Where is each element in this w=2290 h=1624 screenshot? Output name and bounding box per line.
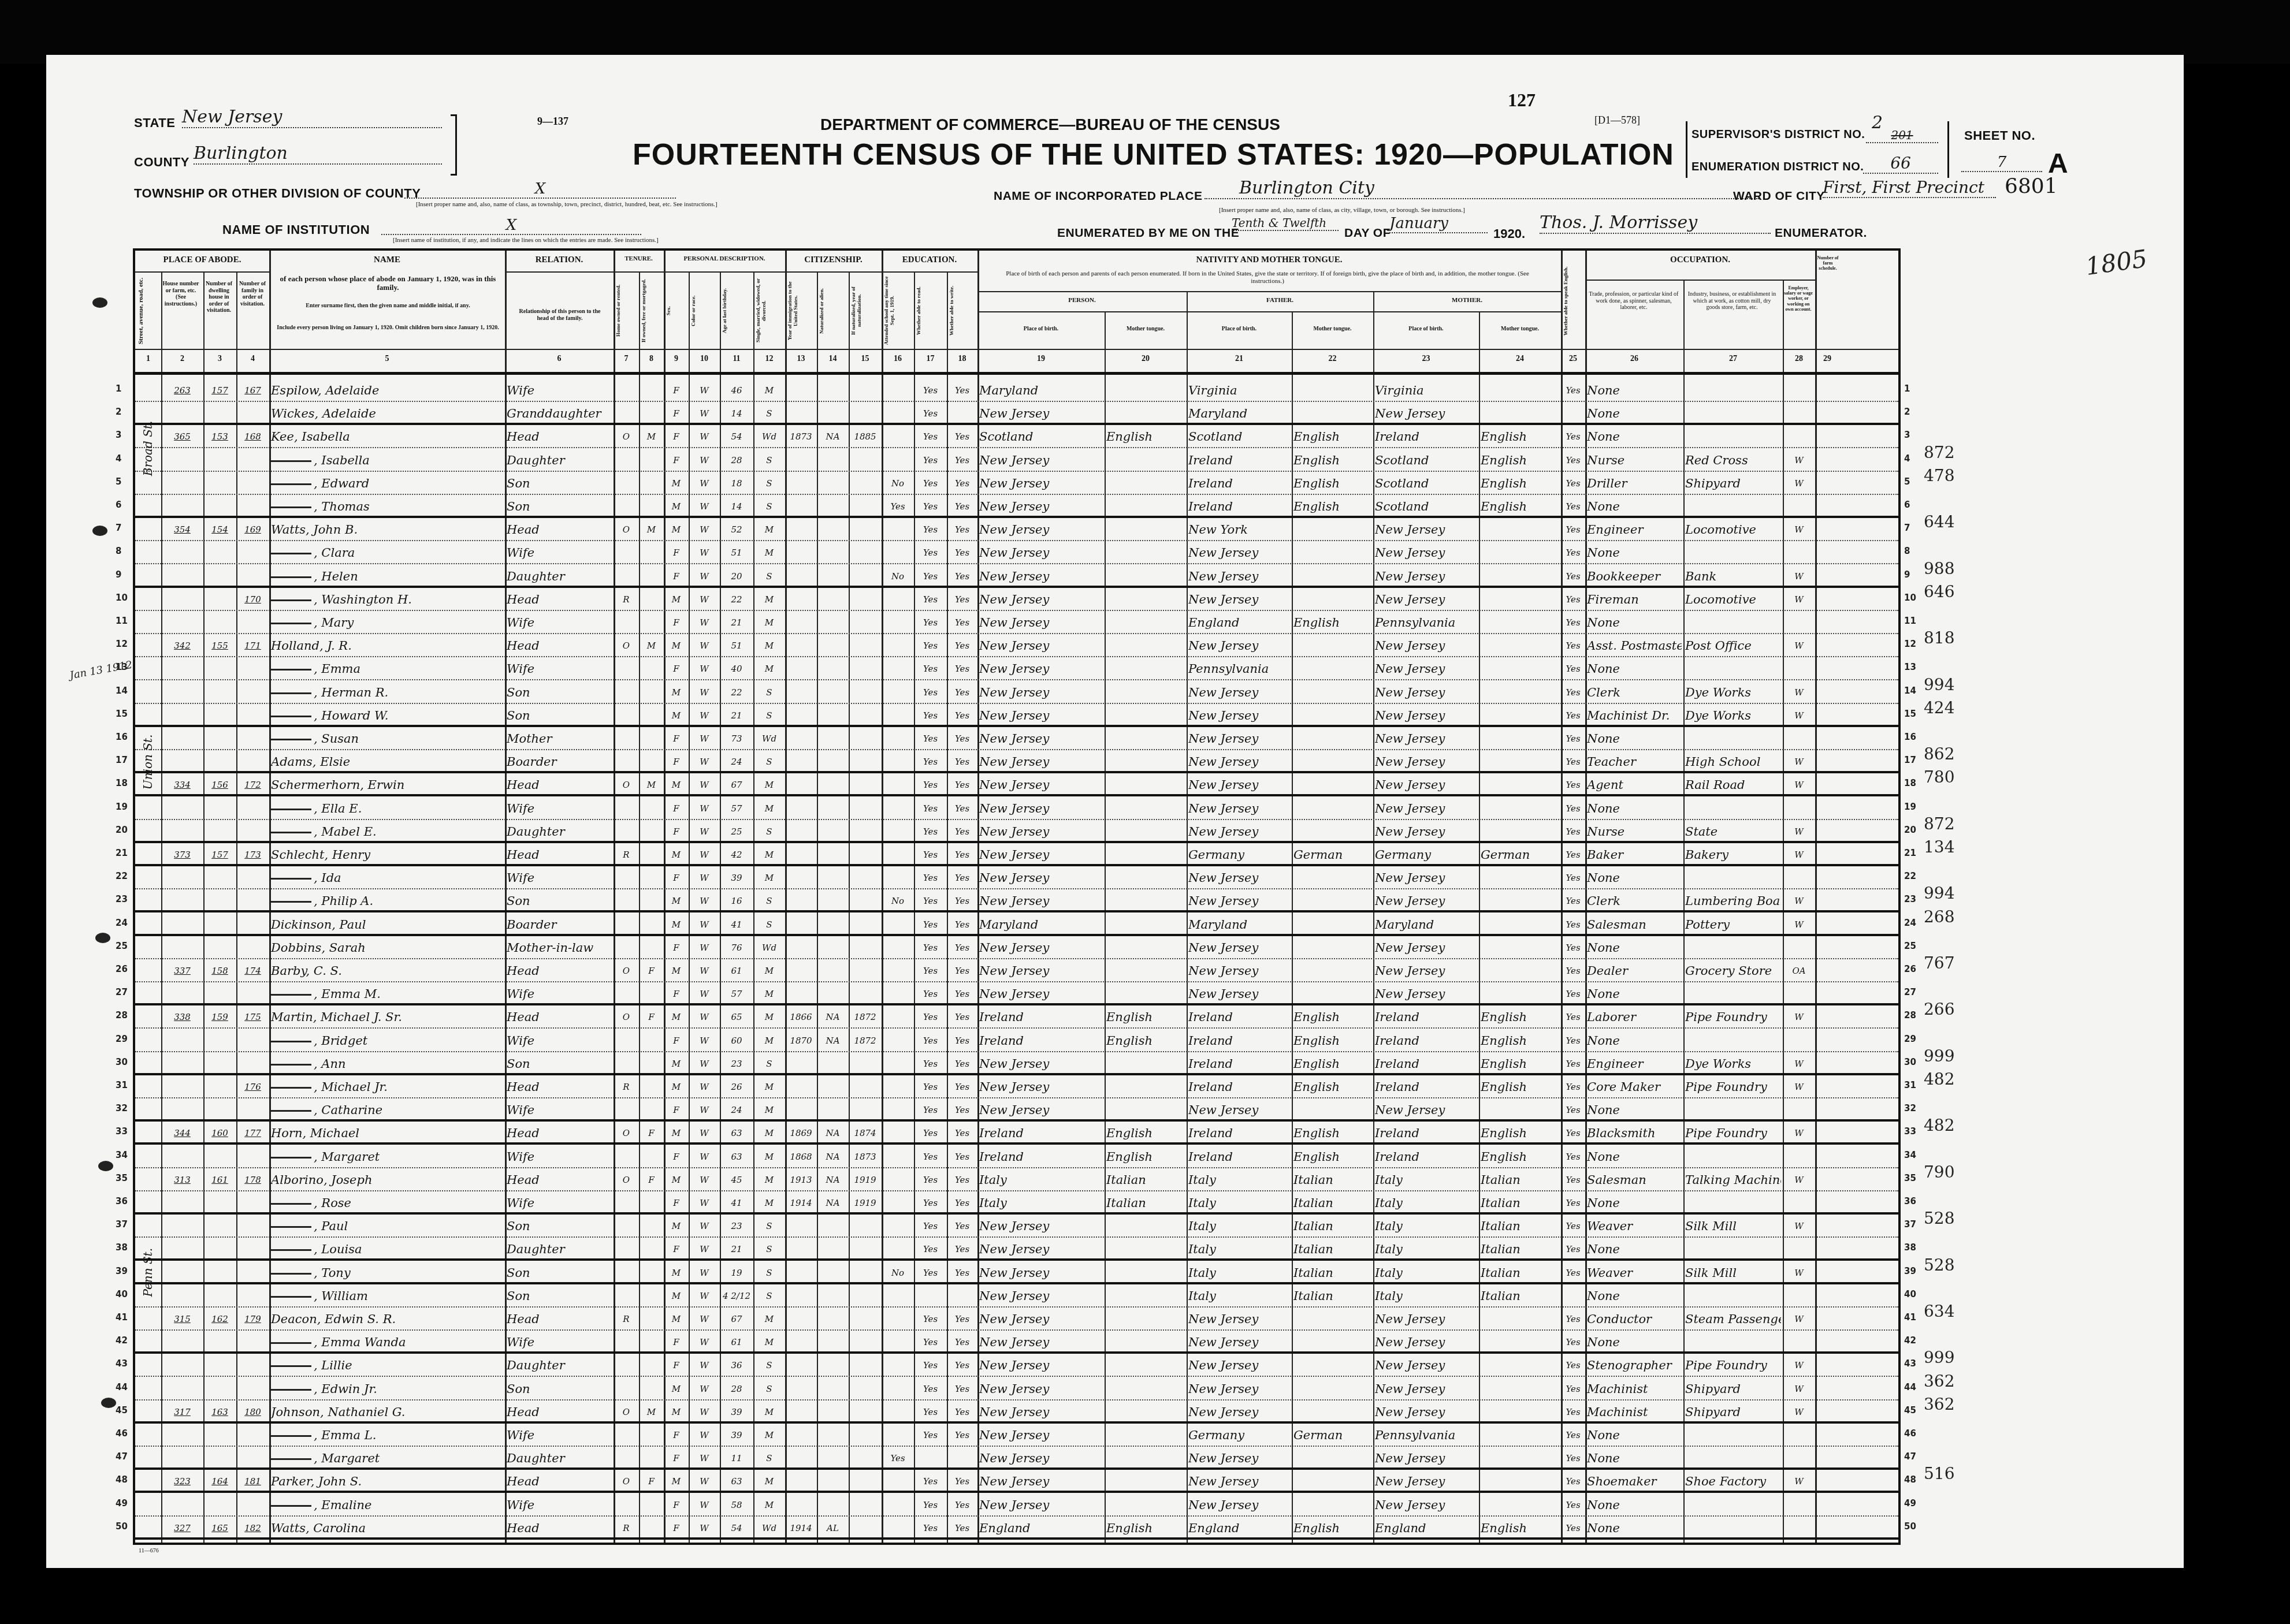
cell-school: Yes <box>883 1447 912 1469</box>
cell-farm <box>1817 727 1838 749</box>
cell-sex: M <box>666 913 687 935</box>
cell-ftongue <box>1293 402 1371 424</box>
cell-fpob: Italy <box>1188 1215 1290 1236</box>
cell-nat <box>819 913 847 935</box>
cell-imm <box>787 449 815 471</box>
census-row: , ThomasSonMW14SYesYesYesNew JerseyIrela… <box>135 495 1898 518</box>
cell-sex: M <box>666 1168 687 1190</box>
cell-family <box>238 936 267 958</box>
cell-farm <box>1817 565 1838 587</box>
census-row: , Howard W.SonMW21SYesYesNew JerseyNew J… <box>135 704 1898 727</box>
line-number: 26 <box>1904 964 1916 974</box>
occupation-code: 994 <box>1924 675 1954 694</box>
cell-pob: New Jersey <box>979 402 1103 424</box>
cell-house <box>163 588 202 610</box>
cell-race: W <box>690 797 718 819</box>
line-number: 4 <box>116 453 121 464</box>
cell-write: Yes <box>949 1075 976 1097</box>
cell-name: , Michael Jr. <box>271 1075 503 1097</box>
cell-tongue <box>1106 1098 1185 1120</box>
line-number: 32 <box>116 1103 128 1113</box>
cell-race: W <box>690 1354 718 1376</box>
ditto-dash <box>271 739 311 740</box>
cell-rel: Head <box>507 959 612 981</box>
cell-own <box>615 657 637 679</box>
cell-mpob: Italy <box>1375 1261 1477 1283</box>
ditto-dash <box>271 506 311 508</box>
cell-trade: Weaver <box>1587 1261 1682 1283</box>
cell-name: Espilow, Adelaide <box>271 379 503 401</box>
cell-emp: OA <box>1785 959 1813 981</box>
cell-family <box>238 681 267 703</box>
cell-pob: New Jersey <box>979 936 1103 958</box>
cell-nat <box>819 820 847 842</box>
cell-eng: Yes <box>1563 1191 1583 1213</box>
county-label: COUNTY <box>134 155 189 170</box>
cell-dwelling <box>205 495 235 517</box>
cell-mtongue: English <box>1481 425 1559 447</box>
cell-own <box>615 495 637 517</box>
census-row: , EmalineWifeFW58MYesYesNew JerseyNew Je… <box>135 1493 1898 1517</box>
cell-sex: F <box>666 379 687 401</box>
cell-rel: Head <box>507 1400 612 1422</box>
cell-school <box>883 1308 912 1329</box>
cell-natyr <box>850 797 880 819</box>
cell-own <box>615 449 637 471</box>
cell-pob: New Jersey <box>979 1400 1103 1422</box>
cell-free <box>641 1029 662 1051</box>
cell-rel: Wife <box>507 1191 612 1213</box>
cell-natyr <box>850 402 880 424</box>
cell-farm <box>1817 1238 1838 1260</box>
cell-eng: Yes <box>1563 1261 1583 1283</box>
cell-natyr <box>850 750 880 772</box>
cell-school <box>883 611 912 633</box>
cell-school <box>883 1284 912 1306</box>
cell-rel: Head <box>507 1308 612 1329</box>
cell-read: Yes <box>916 1308 945 1329</box>
cell-own <box>615 681 637 703</box>
cell-natyr <box>850 1400 880 1422</box>
col5-header: of each person whose place of abode on J… <box>277 275 499 292</box>
cell-emp: W <box>1785 1005 1813 1027</box>
line-number: 46 <box>1904 1428 1916 1439</box>
line-number: 38 <box>1904 1242 1916 1253</box>
cell-industry: Pipe Foundry <box>1685 1005 1781 1027</box>
cell-own <box>615 1029 637 1051</box>
cell-eng: Yes <box>1563 565 1583 587</box>
cell-nat <box>819 727 847 749</box>
cell-natyr <box>850 1261 880 1283</box>
cell-free <box>641 1331 662 1353</box>
column-number: 11 <box>720 355 753 364</box>
cell-rel: Wife <box>507 1424 612 1446</box>
cell-free <box>641 449 662 471</box>
cell-trade: Clerk <box>1587 889 1682 911</box>
cell-read: Yes <box>916 913 945 935</box>
col11-header: Age at last birthday. <box>722 275 751 347</box>
cell-race: W <box>690 1424 718 1446</box>
cell-ftongue <box>1293 379 1371 401</box>
cell-mpob: Scotland <box>1375 495 1477 517</box>
cell-dwelling: 165 <box>205 1517 235 1539</box>
col7-header: Home owned or rented. <box>616 275 637 347</box>
cell-pob: New Jersey <box>979 541 1103 563</box>
cell-dwelling: 157 <box>205 379 235 401</box>
cell-trade: Weaver <box>1587 1215 1682 1236</box>
line-number: 44 <box>116 1382 128 1392</box>
cell-house <box>163 866 202 888</box>
cell-sex: F <box>666 611 687 633</box>
cell-sex: F <box>666 425 687 447</box>
cell-ms: S <box>755 1215 783 1236</box>
cell-ftongue <box>1293 1308 1371 1329</box>
cell-industry: Grocery Store <box>1685 959 1781 981</box>
cell-family: 167 <box>238 379 267 401</box>
cell-free <box>641 1261 662 1283</box>
cell-eng: Yes <box>1563 1005 1583 1027</box>
cell-mtongue <box>1481 681 1559 703</box>
cell-ms: M <box>755 541 783 563</box>
census-row: Dickinson, PaulBoarderMW41SYesYesMarylan… <box>135 913 1898 936</box>
cell-own <box>615 1052 637 1074</box>
cell-own <box>615 1261 637 1283</box>
cell-sex: M <box>666 1470 687 1492</box>
cell-tongue: English <box>1106 1145 1185 1167</box>
line-number: 38 <box>116 1242 128 1253</box>
cell-eng: Yes <box>1563 1517 1583 1539</box>
cell-farm <box>1817 472 1838 494</box>
cell-mpob: Italy <box>1375 1238 1477 1260</box>
cell-trade: None <box>1587 425 1682 447</box>
cell-house <box>163 402 202 424</box>
cell-pob: New Jersey <box>979 843 1103 865</box>
line-number: 35 <box>1904 1173 1916 1183</box>
cell-rel: Head <box>507 1168 612 1190</box>
cell-ftongue: Italian <box>1293 1215 1371 1236</box>
cell-age: 42 <box>722 843 752 865</box>
cell-farm <box>1817 1261 1838 1283</box>
cell-free: F <box>641 1168 662 1190</box>
cell-tongue <box>1106 797 1185 819</box>
cell-nat <box>819 773 847 795</box>
cell-read: Yes <box>916 1493 945 1515</box>
cell-name: Holland, J. R. <box>271 634 503 656</box>
cell-age: 54 <box>722 1517 752 1539</box>
ditto-dash <box>271 1273 311 1275</box>
cell-school <box>883 727 912 749</box>
cell-name: Deacon, Edwin S. R. <box>271 1308 503 1329</box>
cell-sex: M <box>666 1261 687 1283</box>
census-row: , IsabellaDaughterFW28SYesYesNew JerseyI… <box>135 449 1898 472</box>
cell-nat <box>819 495 847 517</box>
cell-industry <box>1685 1493 1781 1515</box>
cell-ms: S <box>755 1261 783 1283</box>
cell-pob: New Jersey <box>979 495 1103 517</box>
cell-industry <box>1685 402 1781 424</box>
cell-sex: F <box>666 1517 687 1539</box>
cell-ms: M <box>755 843 783 865</box>
cell-free <box>641 1308 662 1329</box>
cell-emp <box>1785 657 1813 679</box>
township-hint: [Insert proper name and, also, name of c… <box>416 201 718 208</box>
line-number: 42 <box>116 1335 128 1346</box>
cell-name: , Clara <box>271 541 503 563</box>
cell-write: Yes <box>949 704 976 726</box>
cell-mpob: New Jersey <box>1375 889 1477 911</box>
cell-dwelling <box>205 1029 235 1051</box>
cell-mtongue <box>1481 379 1559 401</box>
cell-race: W <box>690 1052 718 1074</box>
cell-tongue <box>1106 1331 1185 1353</box>
cell-mpob: New Jersey <box>1375 750 1477 772</box>
cell-imm <box>787 982 815 1004</box>
ditto-dash <box>271 1296 311 1298</box>
cell-house: 365 <box>163 425 202 447</box>
cell-read: Yes <box>916 820 945 842</box>
cell-sex: F <box>666 1191 687 1213</box>
cell-own <box>615 820 637 842</box>
cell-ftongue: English <box>1293 611 1371 633</box>
cell-dwelling <box>205 820 235 842</box>
column-number: 29 <box>1815 355 1839 364</box>
column-number: 14 <box>817 355 849 364</box>
cell-own <box>615 727 637 749</box>
cell-family <box>238 1377 267 1399</box>
cell-family <box>238 704 267 726</box>
cell-natyr <box>850 1284 880 1306</box>
cell-rel: Head <box>507 1517 612 1539</box>
line-number: 23 <box>1904 894 1916 904</box>
cell-natyr <box>850 1354 880 1376</box>
cell-eng: Yes <box>1563 936 1583 958</box>
cell-trade: None <box>1587 1029 1682 1051</box>
cell-pob: England <box>979 1517 1103 1539</box>
cell-sex: F <box>666 936 687 958</box>
cell-emp <box>1785 727 1813 749</box>
cell-farm <box>1817 379 1838 401</box>
cell-tongue <box>1106 1075 1185 1097</box>
cell-trade: None <box>1587 657 1682 679</box>
cell-house: 342 <box>163 634 202 656</box>
cell-eng: Yes <box>1563 588 1583 610</box>
cell-natyr <box>850 866 880 888</box>
cell-house <box>163 1075 202 1097</box>
cell-farm <box>1817 704 1838 726</box>
line-number: 4 <box>1904 453 1910 464</box>
cell-ms: S <box>755 1052 783 1074</box>
cell-school <box>883 936 912 958</box>
census-row: , Ella E.WifeFW57MYesYesNew JerseyNew Je… <box>135 797 1898 820</box>
cell-school <box>883 402 912 424</box>
cell-own <box>615 565 637 587</box>
cell-trade: None <box>1587 1238 1682 1260</box>
cell-natyr <box>850 565 880 587</box>
cell-age: 23 <box>722 1052 752 1074</box>
cell-name: , Herman R. <box>271 681 503 703</box>
cell-ms: Wd <box>755 936 783 958</box>
ward-extra-number: 6801 <box>2005 174 2058 198</box>
cell-trade: None <box>1587 402 1682 424</box>
cell-eng: Yes <box>1563 727 1583 749</box>
cell-industry: High School <box>1685 750 1781 772</box>
census-row: , EdwardSonMW18SNoYesYesNew JerseyIrelan… <box>135 472 1898 495</box>
cell-trade: Bookkeeper <box>1587 565 1682 587</box>
cell-family <box>238 889 267 911</box>
cell-free: M <box>641 425 662 447</box>
cell-natyr: 1872 <box>850 1005 880 1027</box>
cell-trade: Salesman <box>1587 1168 1682 1190</box>
cell-own <box>615 889 637 911</box>
cell-house <box>163 1377 202 1399</box>
cell-farm <box>1817 495 1838 517</box>
cell-dwelling <box>205 1377 235 1399</box>
cell-eng: Yes <box>1563 704 1583 726</box>
cell-read: Yes <box>916 1238 945 1260</box>
nativity-note: Place of birth of each person and parent… <box>990 270 1545 285</box>
cell-emp: W <box>1785 565 1813 587</box>
cell-family: 179 <box>238 1308 267 1329</box>
cell-free <box>641 797 662 819</box>
cell-ms: M <box>755 1331 783 1353</box>
cell-school <box>883 1331 912 1353</box>
ward-value: First, First Precinct <box>1823 178 1996 198</box>
cell-eng: Yes <box>1563 866 1583 888</box>
cell-mtongue <box>1481 541 1559 563</box>
cell-fpob: Scotland <box>1188 425 1290 447</box>
cell-school <box>883 657 912 679</box>
cell-mpob: New Jersey <box>1375 588 1477 610</box>
ditto-dash <box>271 692 311 694</box>
occupation-code: 994 <box>1924 884 1954 903</box>
cell-free: F <box>641 959 662 981</box>
cell-tongue <box>1106 1261 1185 1283</box>
cell-industry: Shipyard <box>1685 472 1781 494</box>
line-number: 48 <box>116 1474 128 1485</box>
census-row: , LouisaDaughterFW21SYesYesNew JerseyIta… <box>135 1238 1898 1261</box>
cell-nat <box>819 959 847 981</box>
cell-nat <box>819 1261 847 1283</box>
cell-family <box>238 657 267 679</box>
cell-industry <box>1685 727 1781 749</box>
cell-pob: New Jersey <box>979 1493 1103 1515</box>
cell-pob: New Jersey <box>979 518 1103 540</box>
cell-eng: Yes <box>1563 1052 1583 1074</box>
cell-write: Yes <box>949 1377 976 1399</box>
cell-age: 39 <box>722 1424 752 1446</box>
cell-age: 63 <box>722 1145 752 1167</box>
line-number: 28 <box>116 1010 128 1020</box>
cell-house <box>163 1493 202 1515</box>
ditto-dash <box>271 832 311 833</box>
line-number: 37 <box>116 1219 128 1230</box>
cell-ftongue <box>1293 681 1371 703</box>
enumerated-label: ENUMERATED BY ME ON THE <box>1057 226 1239 240</box>
cell-age: 22 <box>722 588 752 610</box>
cell-nat <box>819 1331 847 1353</box>
cell-rel: Son <box>507 1284 612 1306</box>
col13-header: Year of immigration to the United States… <box>787 275 815 347</box>
cell-trade: None <box>1587 1424 1682 1446</box>
cell-imm <box>787 1493 815 1515</box>
cell-sex: F <box>666 1331 687 1353</box>
cell-own <box>615 1447 637 1469</box>
occupation-code: 528 <box>1924 1209 1954 1228</box>
cell-name: , Ella E. <box>271 797 503 819</box>
cell-natyr <box>850 982 880 1004</box>
cell-ms: M <box>755 611 783 633</box>
cell-dwelling: 154 <box>205 518 235 540</box>
cell-write <box>949 1284 976 1306</box>
cell-emp <box>1785 495 1813 517</box>
occupation-code: 134 <box>1924 837 1954 856</box>
cell-ftongue <box>1293 1400 1371 1422</box>
occupation-code: 988 <box>1924 559 1954 578</box>
cell-pob: New Jersey <box>979 866 1103 888</box>
line-number: 14 <box>1904 686 1916 696</box>
cell-write: Yes <box>949 1145 976 1167</box>
cell-nat <box>819 565 847 587</box>
cell-mpob: New Jersey <box>1375 1493 1477 1515</box>
cell-trade: None <box>1587 541 1682 563</box>
cell-race: W <box>690 982 718 1004</box>
column-number: 21 <box>1187 355 1292 364</box>
cell-school <box>883 797 912 819</box>
cell-house <box>163 495 202 517</box>
cell-pob: New Jersey <box>979 1331 1103 1353</box>
cell-house: 323 <box>163 1470 202 1492</box>
cell-emp: W <box>1785 1261 1813 1283</box>
cell-natyr <box>850 727 880 749</box>
cell-dwelling: 157 <box>205 843 235 865</box>
cell-nat <box>819 1284 847 1306</box>
cell-ms: Wd <box>755 727 783 749</box>
cell-ftongue: Italian <box>1293 1238 1371 1260</box>
cell-race: W <box>690 889 718 911</box>
census-row: , Edwin Jr.SonMW28SYesYesNew JerseyNew J… <box>135 1377 1898 1400</box>
cell-imm: 1873 <box>787 425 815 447</box>
cell-race: W <box>690 704 718 726</box>
cell-ftongue <box>1293 1470 1371 1492</box>
cell-own <box>615 1145 637 1167</box>
group-person: PERSON. <box>977 297 1187 304</box>
cell-nat <box>819 518 847 540</box>
cell-tongue <box>1106 727 1185 749</box>
line-number: 13 <box>1904 662 1916 672</box>
cell-fpob: New Jersey <box>1188 982 1290 1004</box>
cell-emp <box>1785 1517 1813 1539</box>
cell-family: 181 <box>238 1470 267 1492</box>
cell-imm <box>787 1261 815 1283</box>
cell-own <box>615 541 637 563</box>
cell-dwelling <box>205 1075 235 1097</box>
cell-read: Yes <box>916 1424 945 1446</box>
cell-mtongue <box>1481 611 1559 633</box>
ditto-dash <box>271 669 311 671</box>
cell-mtongue <box>1481 820 1559 842</box>
cell-pob: New Jersey <box>979 1470 1103 1492</box>
cell-school <box>883 1191 912 1213</box>
cell-mpob: New Jersey <box>1375 657 1477 679</box>
state-county-bracket <box>451 114 457 176</box>
cell-dwelling <box>205 936 235 958</box>
cell-ms: S <box>755 402 783 424</box>
cell-nat <box>819 472 847 494</box>
cell-natyr <box>850 959 880 981</box>
cell-mtongue: Italian <box>1481 1191 1559 1213</box>
cell-age: 45 <box>722 1168 752 1190</box>
cell-rel: Head <box>507 1122 612 1143</box>
